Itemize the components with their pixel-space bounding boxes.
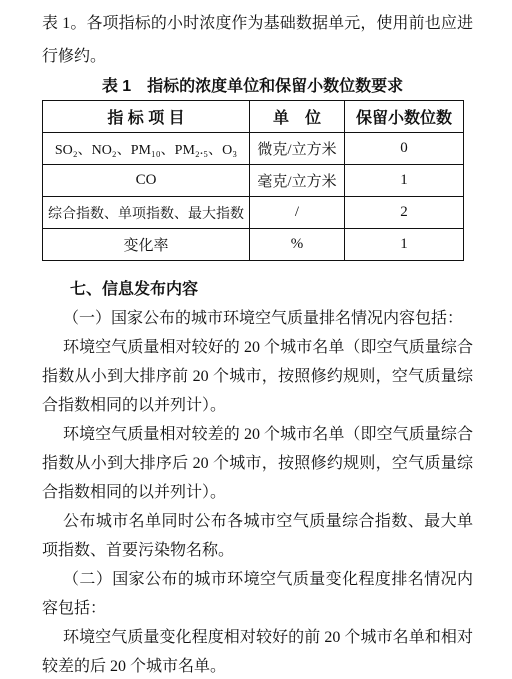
cell-change-rate-name: 变化率 (43, 229, 250, 261)
paragraph-worst-cities: 环境空气质量相对较差的 20 个城市名单（即空气质量综合指数从小到大排序后 20… (42, 420, 473, 507)
col-header-decimals: 保留小数位数 (345, 101, 464, 133)
cell-pollutants-name: SO₂、NO₂、PM₁₀、PM₂.₅、O₃ (43, 133, 250, 165)
col-header-unit: 单 位 (250, 101, 345, 133)
cell-change-rate-unit: % (250, 229, 345, 261)
table-row-pollutants: SO₂、NO₂、PM₁₀、PM₂.₅、O₃ 微克/立方米 0 (43, 133, 464, 165)
cell-indexes-name: 综合指数、单项指数、最大指数 (43, 197, 250, 229)
cell-indexes-decimals: 2 (345, 197, 464, 229)
paragraph-change-ranking-intro: （二）国家公布的城市环境空气质量变化程度排名情况内容包括： (42, 565, 473, 623)
cell-pollutants-unit: 微克/立方米 (250, 133, 345, 165)
intro-paragraph: 表 1。各项指标的小时浓度作为基础数据单元，使用前也应进行修约。 (42, 7, 473, 73)
cell-co-decimals: 1 (345, 165, 464, 197)
table-row-change-rate: 变化率 % 1 (43, 229, 464, 261)
paragraph-ranking-intro: （一）国家公布的城市环境空气质量排名情况内容包括： (42, 304, 473, 333)
paragraph-change-cities: 环境空气质量变化程度相对较好的前 20 个城市名单和相对较差的后 20 个城市名… (42, 623, 473, 679)
col-header-indicator: 指 标 项 目 (43, 101, 250, 133)
paragraph-best-cities: 环境空气质量相对较好的 20 个城市名单（即空气质量综合指数从小到大排序前 20… (42, 333, 473, 420)
paragraph-publish-indexes: 公布城市名单同时公布各城市空气质量综合指数、最大单项指数、首要污染物名称。 (42, 507, 473, 565)
cell-co-name: CO (43, 165, 250, 197)
section-heading: 七、信息发布内容 (42, 275, 473, 304)
table-header-row: 指 标 项 目 单 位 保留小数位数 (43, 101, 464, 133)
cell-indexes-unit: / (250, 197, 345, 229)
cell-change-rate-decimals: 1 (345, 229, 464, 261)
cell-co-unit: 毫克/立方米 (250, 165, 345, 197)
table-row-co: CO 毫克/立方米 1 (43, 165, 464, 197)
table-row-indexes: 综合指数、单项指数、最大指数 / 2 (43, 197, 464, 229)
document-page: 表 1。各项指标的小时浓度作为基础数据单元，使用前也应进行修约。 表 1 指标的… (0, 0, 512, 679)
table-title: 表 1 指标的浓度单位和保留小数位数要求 (42, 77, 463, 96)
indicators-table: 指 标 项 目 单 位 保留小数位数 SO₂、NO₂、PM₁₀、PM₂.₅、O₃… (42, 100, 464, 261)
cell-pollutants-decimals: 0 (345, 133, 464, 165)
